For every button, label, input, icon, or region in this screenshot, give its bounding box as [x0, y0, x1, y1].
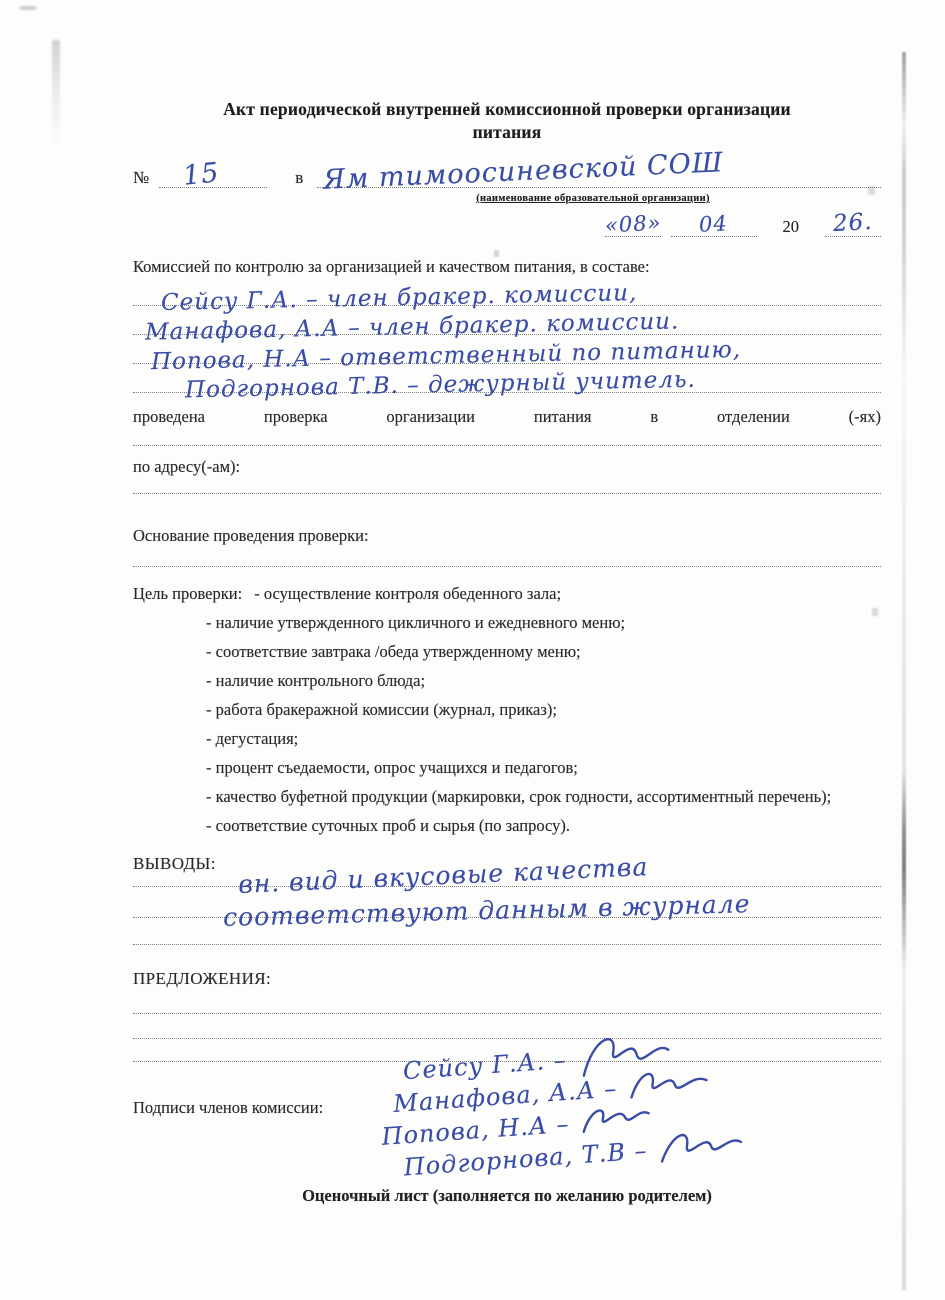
- scan-speck: [20, 6, 36, 10]
- dotted-rule: [133, 1013, 881, 1014]
- goal-line: Цель проверки: - осуществление контроля …: [133, 579, 881, 608]
- conclusions-label: ВЫВОДЫ:: [133, 854, 216, 874]
- goal-first-item: - осуществление контроля обеденного зала…: [254, 584, 561, 603]
- footer-note: Оценочный лист (заполняется по желанию р…: [133, 1186, 881, 1206]
- conclusions-line-2: соответствуют данным в журнале: [133, 887, 881, 918]
- date-row: «08» 04 20 26.: [133, 207, 881, 237]
- scanned-act-document: Акт периодической внутренней комиссионно…: [0, 0, 945, 1300]
- dotted-rule: [133, 493, 881, 494]
- scan-streak-left: [52, 40, 60, 148]
- goal-label: Цель проверки:: [133, 584, 242, 603]
- dotted-rule: [133, 1038, 881, 1039]
- signatures-section: Подписи членов комиссии: Сейсу Г.А. – Ма…: [133, 1072, 881, 1184]
- proposals-label: ПРЕДЛОЖЕНИЯ:: [133, 969, 881, 989]
- conducted-line: проведена проверка организации питания в…: [133, 407, 881, 427]
- number-row: № 15 в Ям тимоосиневской СОШ: [133, 152, 881, 188]
- handwritten-date-day: «08»: [604, 211, 662, 238]
- year-prefix: 20: [783, 217, 800, 237]
- commission-member-line: Подгорнова Т.В. – дежурный учитель.: [133, 364, 881, 393]
- commission-intro: Комиссией по контролю за организацией и …: [133, 257, 881, 277]
- org-name-blank-line: Ям тимоосиневской СОШ: [317, 187, 881, 188]
- commission-member-line: Сейсу Г.А. – член бракер. комиссии,: [133, 277, 881, 306]
- in-label: в: [295, 168, 303, 188]
- dotted-rule: [133, 445, 881, 446]
- goal-bullet: - работа бракеражной комиссии (журнал, п…: [133, 695, 881, 724]
- date-day-blank: «08»: [605, 212, 661, 237]
- goal-bullet: - наличие утвержденного цикличного и еже…: [133, 608, 881, 637]
- org-name-caption: (наименование образовательной организаци…: [308, 193, 878, 204]
- dotted-rule: [133, 566, 881, 567]
- number-label: №: [133, 168, 149, 188]
- signature-flourish-icon: [656, 1122, 747, 1172]
- goal-bullet: - соответствие завтрака /обеда утвержден…: [133, 637, 881, 666]
- date-year-blank: 26.: [825, 210, 881, 237]
- goal-bullet: - дегустация;: [133, 724, 881, 753]
- signatures-column: Сейсу Г.А. – Манафова, А.А – Попова, Н.А…: [402, 1033, 746, 1184]
- date-month-blank: 04: [671, 212, 757, 237]
- address-label: по адресу(-ам):: [133, 457, 881, 477]
- handwritten-date-year: 26.: [833, 209, 874, 237]
- handwritten-org-name: Ям тимоосиневской СОШ: [323, 147, 725, 195]
- handwritten-act-number: 15: [182, 157, 221, 192]
- document-title-line1: Акт периодической внутренней комиссионно…: [133, 98, 881, 121]
- conclusions-section: ВЫВОДЫ: вн. вид и вкусовые качества соот…: [133, 848, 881, 945]
- goal-bullet: - соответствие суточных проб и сырья (по…: [133, 811, 881, 840]
- commission-member-line: Манафова, А.А – член бракер. комиссии.: [133, 306, 881, 335]
- goal-bullet: - процент съедаемости, опрос учащихся и …: [133, 753, 881, 782]
- handwritten-member-4: Подгорнова Т.В. – дежурный учитель.: [185, 367, 696, 404]
- goal-bullet: - качество буфетной продукции (маркировк…: [133, 782, 881, 811]
- conclusions-line-1: ВЫВОДЫ: вн. вид и вкусовые качества: [133, 848, 881, 887]
- scan-streak-right: [902, 52, 906, 1290]
- document-title: Акт периодической внутренней комиссионно…: [133, 98, 881, 144]
- number-blank-line: 15: [159, 187, 267, 188]
- signatures-label: Подписи членов комиссии:: [133, 1072, 323, 1184]
- basis-label: Основание проведения проверки:: [133, 526, 881, 546]
- commission-member-line: Попова, Н.А – ответственный по питанию,: [133, 335, 881, 364]
- goal-bullet: - наличие контрольного блюда;: [133, 666, 881, 695]
- document-title-line2: питания: [133, 121, 881, 144]
- handwritten-date-month: 04: [699, 211, 729, 236]
